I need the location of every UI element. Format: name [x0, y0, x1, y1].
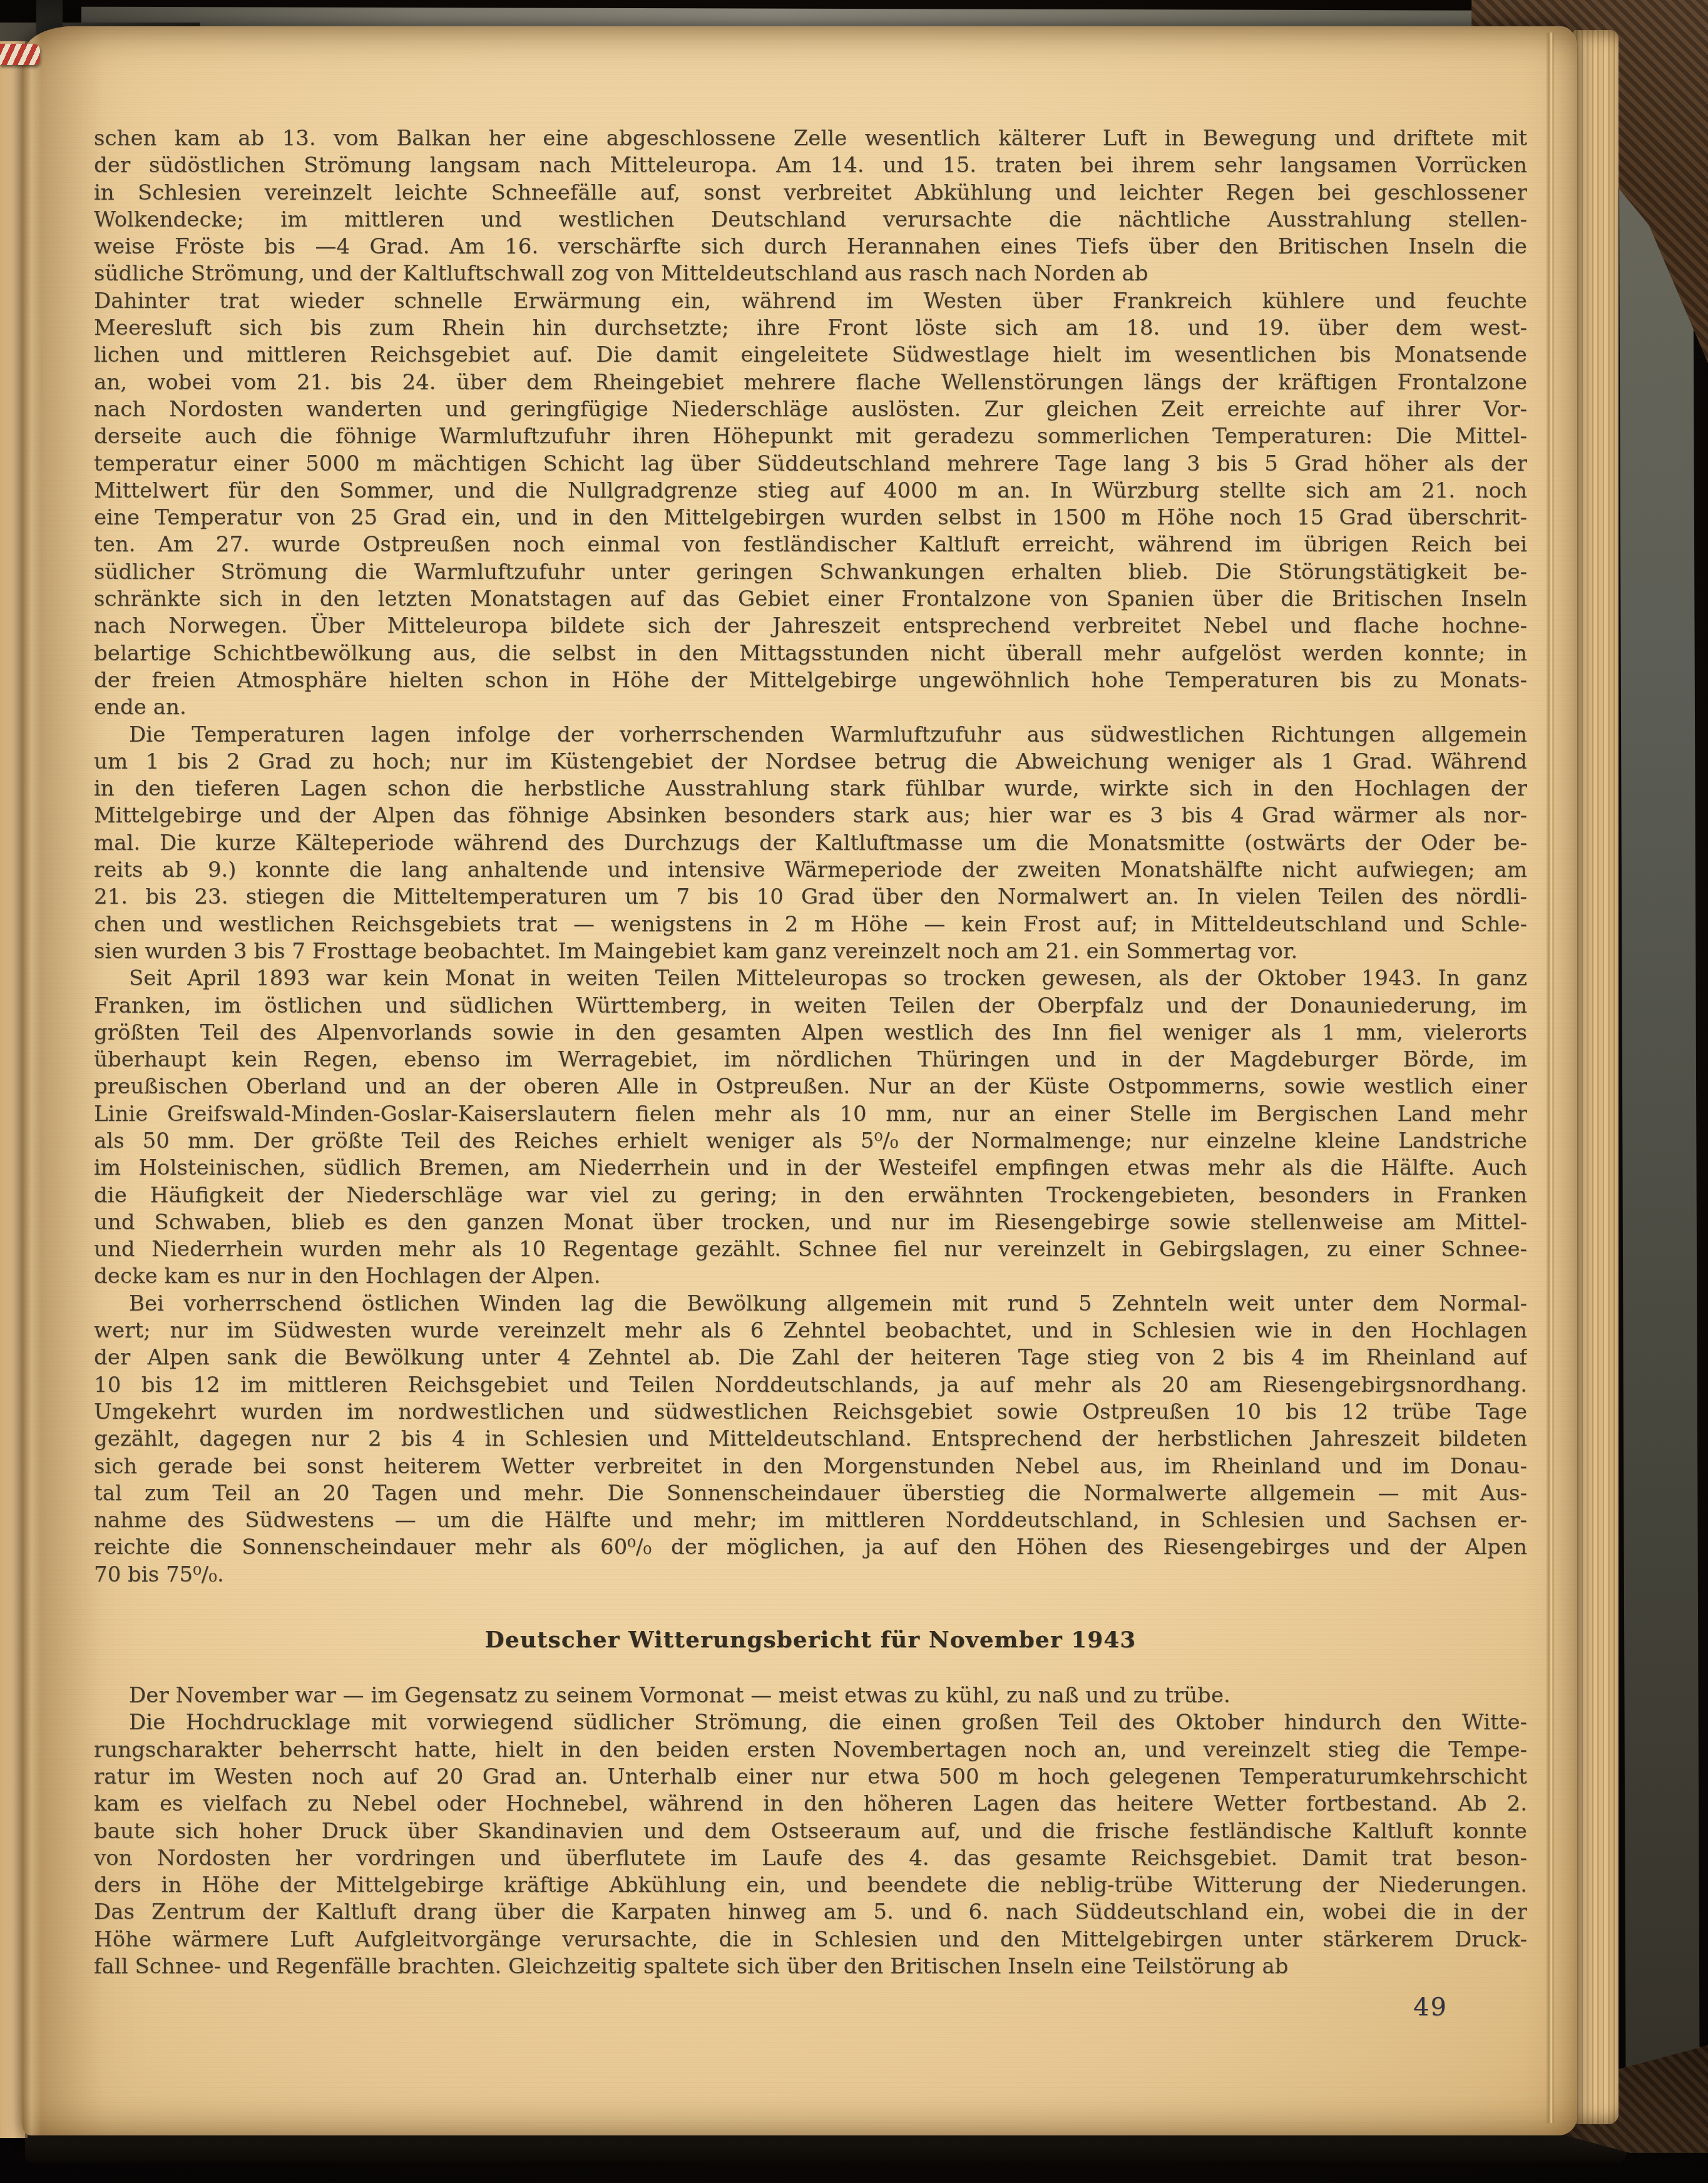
text-line: gezählt, dagegen nur 2 bis 4 in Schlesie… [94, 1426, 1527, 1453]
text-line: Seit April 1893 war kein Monat in weiten… [94, 965, 1527, 992]
text-line: südliche Strömung, und der Kaltluftschwa… [94, 260, 1527, 287]
paragraph-november-1: Der November war — im Gegensatz zu seine… [94, 1682, 1527, 1709]
text-line: im Holsteinischen, südlich Bremen, am Ni… [94, 1155, 1527, 1182]
text-line: ders in Höhe der Mittelgebirge kräftige … [94, 1872, 1527, 1899]
text-line: Die Hochdrucklage mit vorwiegend südlich… [94, 1709, 1527, 1736]
paragraph-october-3: Die Temperaturen lagen infolge der vorhe… [94, 722, 1527, 966]
text-line: decke kam es nur in den Hochlagen der Al… [94, 1263, 1527, 1290]
text-line: 70 bis 75⁰/₀. [94, 1562, 1527, 1588]
text-line: größten Teil des Alpenvorlands sowie in … [94, 1020, 1527, 1046]
text-line: lichen und mittleren Reichsgebiet auf. D… [94, 342, 1527, 369]
paragraph-october-5: Bei vorherrschend östlichen Winden lag d… [94, 1291, 1527, 1588]
text-line: 10 bis 12 im mittleren Reichsgebiet und … [94, 1372, 1527, 1399]
text-line: überhaupt kein Regen, ebenso im Werrageb… [94, 1046, 1527, 1073]
text-line: von Nordosten her vordringen und überflu… [94, 1845, 1527, 1872]
text-line: kam es vielfach zu Nebel oder Hochnebel,… [94, 1791, 1527, 1817]
text-line: schränkte sich in den letzten Monatstage… [94, 586, 1527, 613]
text-line: südlicher Strömung die Warmluftzufuhr un… [94, 559, 1527, 586]
text-line: mal. Die kurze Kälteperiode während des … [94, 830, 1527, 857]
text-line: und Schwaben, blieb es den ganzen Monat … [94, 1209, 1527, 1236]
text-line: temperatur einer 5000 m mächtigen Schich… [94, 451, 1527, 478]
text-line: sien wurden 3 bis 7 Frosttage beobachtet… [94, 938, 1527, 965]
text-line: und Niederrhein wurden mehr als 10 Regen… [94, 1236, 1527, 1263]
paragraph-november-2: Die Hochdrucklage mit vorwiegend südlich… [94, 1709, 1527, 1980]
bookmark-ribbon [0, 44, 40, 65]
text-line: rungscharakter beherrscht hatte, hielt i… [94, 1737, 1527, 1764]
text-line: der südöstlichen Strömung langsam nach M… [94, 152, 1527, 179]
paragraph-october-4: Seit April 1893 war kein Monat in weiten… [94, 965, 1527, 1291]
text-line: belartige Schichtbewölkung aus, die selb… [94, 640, 1527, 667]
text-line: schen kam ab 13. vom Balkan her eine abg… [94, 125, 1527, 152]
text-line: weise Fröste bis —4 Grad. Am 16. verschä… [94, 233, 1527, 260]
text-line: Dahinter trat wieder schnelle Erwärmung … [94, 288, 1527, 315]
text-line: nach Norwegen. Über Mitteleuropa bildete… [94, 613, 1527, 640]
fore-edge-ridge [1546, 33, 1555, 2123]
text-line: preußischen Oberland und an der oberen A… [94, 1073, 1527, 1100]
text-line: Die Temperaturen lagen infolge der vorhe… [94, 722, 1527, 749]
book-scan: schen kam ab 13. vom Balkan her eine abg… [0, 0, 1708, 2183]
text-line: Meeresluft sich bis zum Rhein hin durchs… [94, 315, 1527, 342]
text-line: Höhe wärmere Luft Aufgleitvorgänge verur… [94, 1926, 1527, 1953]
text-line: reichte die Sonnenscheindauer mehr als 6… [94, 1534, 1527, 1561]
text-line: Mittelwert für den Sommer, und die Nullg… [94, 478, 1527, 504]
text-line: als 50 mm. Der größte Teil des Reiches e… [94, 1128, 1527, 1155]
text-line: reits ab 9.) konnte die lang anhaltende … [94, 857, 1527, 884]
text-line: chen und westlichen Reichsgebiets trat —… [94, 911, 1527, 938]
text-line: baute sich hoher Druck über Skandinavien… [94, 1818, 1527, 1845]
text-line: tal zum Teil an 20 Tagen und mehr. Die S… [94, 1480, 1527, 1507]
paragraph-october-1: schen kam ab 13. vom Balkan her eine abg… [94, 125, 1527, 288]
text-line: fall Schnee- und Regenfälle brachten. Gl… [94, 1953, 1527, 1980]
text-line: an, wobei vom 21. bis 24. über dem Rhein… [94, 369, 1527, 396]
gutter-fold-shadow [23, 26, 104, 2135]
text-line: die Häufigkeit der Niederschläge war vie… [94, 1182, 1527, 1209]
text-line: wert; nur im Südwesten wurde vereinzelt … [94, 1317, 1527, 1344]
text-line: derseite auch die föhnige Warmluftzufuhr… [94, 423, 1527, 450]
text-line: Mittelgebirge und der Alpen das föhnige … [94, 802, 1527, 829]
text-line: der freien Atmosphäre hielten schon in H… [94, 667, 1527, 694]
text-line: 21. bis 23. stiegen die Mitteltemperatur… [94, 884, 1527, 911]
text-line: Der November war — im Gegensatz zu seine… [94, 1682, 1527, 1709]
text-line: um 1 bis 2 Grad zu hoch; nur im Küstenge… [94, 749, 1527, 775]
book-cover-edge-right [1619, 10, 1700, 2138]
page-number: 49 [1413, 1993, 1448, 2022]
section-heading-november-1943: Deutscher Witterungsbericht für November… [94, 1626, 1527, 1654]
text-line: Umgekehrt wurden im nordwestlichen und s… [94, 1399, 1527, 1426]
text-line: ratur im Westen noch auf 20 Grad an. Unt… [94, 1764, 1527, 1791]
text-line: sich gerade bei sonst heiterem Wetter ve… [94, 1453, 1527, 1480]
text-line: nahme des Südwestens — um die Hälfte und… [94, 1507, 1527, 1534]
text-line: Das Zentrum der Kaltluft drang über die … [94, 1899, 1527, 1926]
text-line: Linie Greifswald-Minden-Goslar-Kaisersla… [94, 1101, 1527, 1128]
text-line: ten. Am 27. wurde Ostpreußen noch einmal… [94, 531, 1527, 558]
text-line: Wolkendecke; im mittleren und westlichen… [94, 207, 1527, 233]
text-line: ende an. [94, 694, 1527, 721]
text-line: der Alpen sank die Bewölkung unter 4 Zeh… [94, 1344, 1527, 1371]
text-line: in Schlesien vereinzelt leichte Schneefä… [94, 180, 1527, 207]
book-cover-edge-bottom [25, 2133, 1627, 2163]
page-edge-stack [1572, 30, 1619, 2124]
book-page: schen kam ab 13. vom Balkan her eine abg… [23, 26, 1577, 2135]
text-line: Bei vorherrschend östlichen Winden lag d… [94, 1291, 1527, 1317]
text-line: in den tieferen Lagen schon die herbstli… [94, 775, 1527, 802]
text-line: nach Nordosten wanderten und geringfügig… [94, 396, 1527, 423]
text-line: eine Temperatur von 25 Grad ein, und in … [94, 504, 1527, 531]
text-column: schen kam ab 13. vom Balkan her eine abg… [94, 125, 1527, 1980]
paragraph-october-2: Dahinter trat wieder schnelle Erwärmung … [94, 288, 1527, 722]
text-line: Franken, im östlichen und südlichen Würt… [94, 993, 1527, 1020]
